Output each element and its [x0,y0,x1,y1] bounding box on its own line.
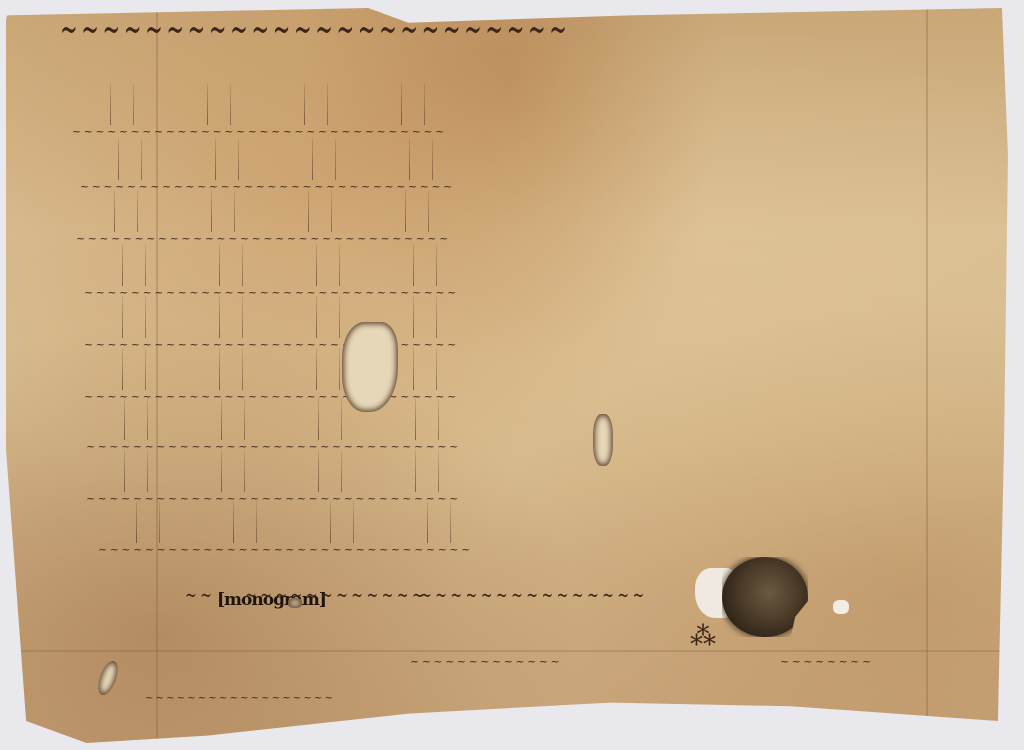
torn-hole [833,600,849,614]
torn-hole [342,322,398,412]
text-line-content: ~ ~ ~ ~ ~ ~ ~ ~ ~ ~ ~ ~ ~ ~ ~ ~ ~ ~ ~ ~ … [72,125,444,138]
fold-line [6,650,1012,652]
torn-hole [288,598,302,608]
text-line: ~ ~ ~ ~ ~ ~ ~ ~ ~ ~ ~ ~ ~ ~ ~ ~ ~ ~ ~ ~ … [72,125,444,138]
dating-line: ~ ~ ~ ~ ~ ~ ~ ~ ~ ~ ~ ~ ~ [410,655,559,668]
signum-text: ~ ~ ~ ~ ~ ~ ~ ~ ~ ~ ~ ~ [245,584,423,608]
text-line-content: ~ ~ ~ ~ ~ ~ ~ ~ ~ ~ ~ ~ ~ ~ ~ ~ ~ ~ ~ ~ … [98,543,470,556]
text-line: ~ ~ ~ ~ ~ ~ ~ ~ ~ ~ ~ ~ ~ ~ ~ ~ ~ ~ ~ ~ … [98,543,470,556]
dating-line: ~ ~ ~ ~ ~ ~ ~ ~ ~ ~ ~ ~ ~ ~ ~ ~ ~ ~ [145,693,332,704]
notarial-flourish-icon: ⁂ [690,622,716,652]
elongated-first-line: ~ ~ ~ ~ ~ ~ ~ ~ ~ ~ ~ ~ ~ ~ ~ ~ ~ ~ ~ ~ … [60,6,565,52]
fold-line [926,8,928,743]
side-note: ~ ~ ~ ~ ~ ~ ~ ~ [780,655,871,668]
recognition-line: ~ ~ ~ ~ ~ ~ ~ ~ ~ ~ ~ ~ ~ ~ ~ [420,584,644,608]
signum-prefix: ~ ~ [185,584,211,608]
torn-hole [593,414,613,466]
